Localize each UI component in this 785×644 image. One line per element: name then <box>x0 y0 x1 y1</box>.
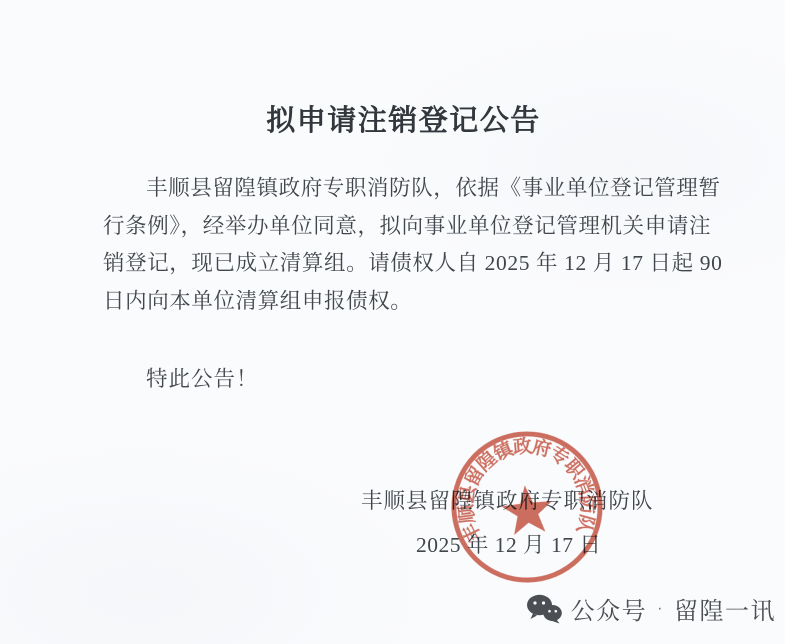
document-page: 拟申请注销登记公告 丰顺县留隍镇政府专职消防队，依据《事业单位登记管理暂 行条例… <box>0 0 785 644</box>
body-line: 日内向本单位清算组申报债权。 <box>103 283 718 321</box>
body-line: 丰顺县留隍镇政府专职消防队，依据《事业单位登记管理暂 <box>103 170 718 208</box>
closing-statement: 特此公告！ <box>146 362 259 393</box>
wechat-watermark: 公众号 · 留隍一讯 <box>526 591 776 626</box>
notice-body: 丰顺县留隍镇政府专职消防队，依据《事业单位登记管理暂 行条例》，经举办单位同意，… <box>103 170 718 320</box>
signature-org-name: 丰顺县留隍镇政府专职消防队 <box>361 484 654 515</box>
page-title: 拟申请注销登记公告 <box>0 98 785 139</box>
document-date: 2025 年 12 月 17 日 <box>416 528 601 559</box>
wechat-icon <box>526 594 562 624</box>
watermark-label: 公众号 <box>571 591 648 626</box>
body-line: 行条例》，经举办单位同意，拟向事业单位登记管理机关申请注 <box>103 208 718 246</box>
watermark-account-name: 留隍一讯 <box>674 591 776 626</box>
watermark-separator: · <box>657 600 664 618</box>
body-line: 销登记，现已成立清算组。请债权人自 2025 年 12 月 17 日起 90 <box>103 245 718 283</box>
